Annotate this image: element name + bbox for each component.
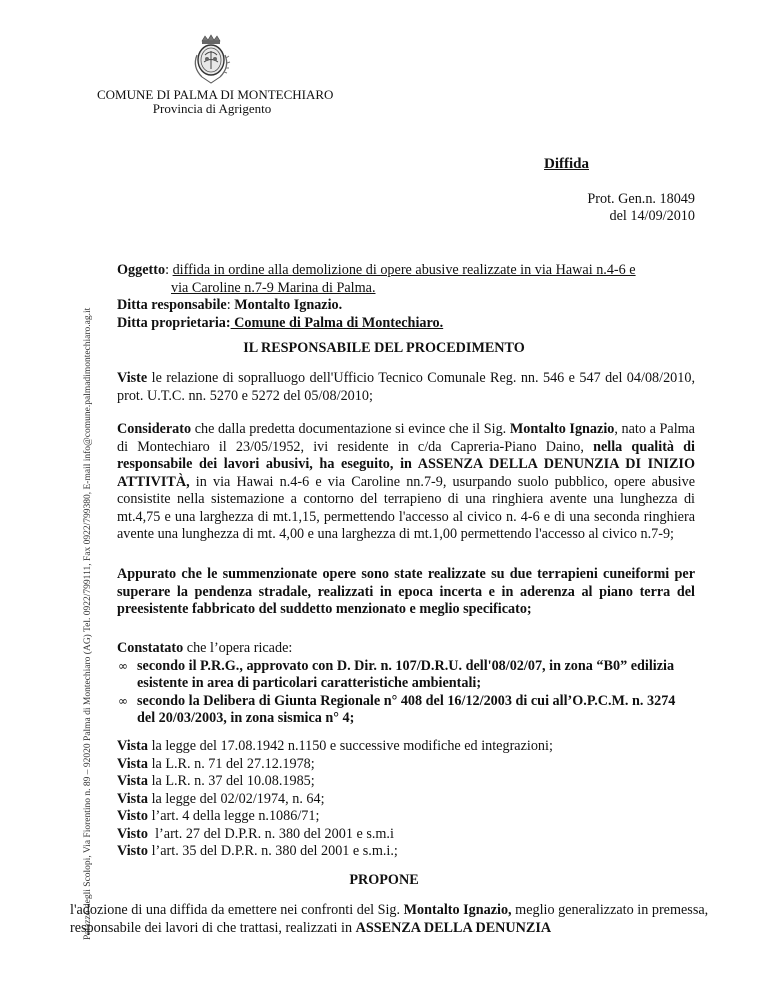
viste-text: le relazione di sopralluogo dell'Ufficio… — [117, 370, 695, 404]
reference-text: l’art. 35 del D.P.R. n. 380 del 2001 e s… — [148, 843, 398, 859]
oggetto-text-2: via Caroline n.7-9 Marina di Palma. — [171, 280, 376, 296]
references-list: Vista la legge del 17.08.1942 n.1150 e s… — [117, 738, 695, 861]
considerato-text-3: in via Hawai n.4-6 e via Caroline nn.7-9… — [117, 474, 695, 543]
viste-label: Viste — [117, 370, 147, 386]
paragraph-considerato: Considerato che dalla predetta documenta… — [117, 421, 695, 544]
considerato-text-1: che dalla predetta documentazione si evi… — [191, 421, 510, 437]
municipal-crest-icon — [188, 33, 234, 89]
reference-item: Visto l’art. 4 della legge n.1086/71; — [117, 808, 695, 826]
considerato-name: Montalto Ignazio — [510, 421, 615, 437]
constatato-list: ∞secondo il P.R.G., approvato con D. Dir… — [117, 658, 695, 728]
propone-bold-tail: ASSENZA DELLA DENUNZIA — [356, 920, 552, 936]
protocol-number: Prot. Gen.n. 18049 — [587, 191, 695, 208]
proprietaria-value: Comune di Palma di Montechiaro. — [231, 315, 444, 331]
reference-text: la legge del 02/02/1974, n. 64; — [148, 791, 325, 807]
reference-item: Vista la legge del 17.08.1942 n.1150 e s… — [117, 738, 695, 756]
list-item-text: secondo la Delibera di Giunta Regionale … — [137, 693, 675, 727]
reference-text: l’art. 27 del D.P.R. n. 380 del 2001 e s… — [148, 826, 394, 842]
constatato-label: Constatato — [117, 640, 183, 656]
considerato-label: Considerato — [117, 421, 191, 437]
protocol-date: del 14/09/2010 — [587, 208, 695, 225]
reference-label: Visto — [117, 843, 148, 859]
province-name: Provincia di Agrigento — [97, 102, 327, 116]
reference-label: Vista — [117, 738, 148, 754]
responsabile-value: Montalto Ignazio. — [234, 297, 342, 313]
letterhead: COMUNE DI PALMA DI MONTECHIARO Provincia… — [97, 88, 327, 116]
propone-name: Montalto Ignazio, — [404, 902, 512, 918]
reference-label: Vista — [117, 791, 148, 807]
reference-label: Visto — [117, 826, 148, 842]
list-item: ∞secondo il P.R.G., approvato con D. Dir… — [117, 658, 695, 693]
oggetto-text-1: diffida in ordine alla demolizione di op… — [173, 262, 636, 278]
reference-text: la legge del 17.08.1942 n.1150 e success… — [148, 738, 553, 754]
reference-label: Visto — [117, 808, 148, 824]
reference-label: Vista — [117, 756, 148, 772]
reference-item: Vista la L.R. n. 37 del 10.08.1985; — [117, 773, 695, 791]
proprietaria-label: Ditta proprietaria: — [117, 315, 231, 331]
reference-item: Visto l’art. 27 del D.P.R. n. 380 del 20… — [117, 826, 695, 844]
side-contact-info: Palazzo degli Scolopi, Via Fiorentino n.… — [83, 170, 93, 940]
document-title: Diffida — [544, 156, 589, 173]
paragraph-viste: Viste le relazione di sopralluogo dell'U… — [117, 370, 695, 405]
reference-text: la L.R. n. 37 del 10.08.1985; — [148, 773, 315, 789]
reference-item: Vista la legge del 02/02/1974, n. 64; — [117, 791, 695, 809]
infinity-bullet-icon: ∞ — [118, 693, 128, 711]
reference-label: Vista — [117, 773, 148, 789]
infinity-bullet-icon: ∞ — [118, 658, 128, 676]
heading-propone: PROPONE — [0, 872, 768, 889]
paragraph-propone: l'adozione di una diffida da emettere ne… — [70, 902, 710, 937]
protocol-info: Prot. Gen.n. 18049 del 14/09/2010 — [587, 191, 695, 225]
list-item-text: secondo il P.R.G., approvato con D. Dir.… — [137, 658, 674, 692]
oggetto-label: Oggetto — [117, 262, 165, 278]
reference-text: l’art. 4 della legge n.1086/71; — [148, 808, 319, 824]
list-item: ∞secondo la Delibera di Giunta Regionale… — [117, 693, 695, 728]
responsabile-label: Ditta responsabile — [117, 297, 227, 313]
subject-block: Oggetto: diffida in ordine alla demolizi… — [117, 262, 695, 332]
constatato-text: che l’opera ricade: — [183, 640, 292, 656]
reference-item: Vista la L.R. n. 71 del 27.12.1978; — [117, 756, 695, 774]
paragraph-appurato: Appurato che le summenzionate opere sono… — [117, 566, 695, 619]
heading-responsabile: IL RESPONSABILE DEL PROCEDIMENTO — [0, 340, 768, 357]
municipality-name: COMUNE DI PALMA DI MONTECHIARO — [97, 88, 327, 102]
paragraph-constatato: Constatato che l’opera ricade: ∞secondo … — [117, 640, 695, 728]
propone-text-1: l'adozione di una diffida da emettere ne… — [70, 902, 404, 918]
reference-item: Visto l’art. 35 del D.P.R. n. 380 del 20… — [117, 843, 695, 861]
reference-text: la L.R. n. 71 del 27.12.1978; — [148, 756, 315, 772]
